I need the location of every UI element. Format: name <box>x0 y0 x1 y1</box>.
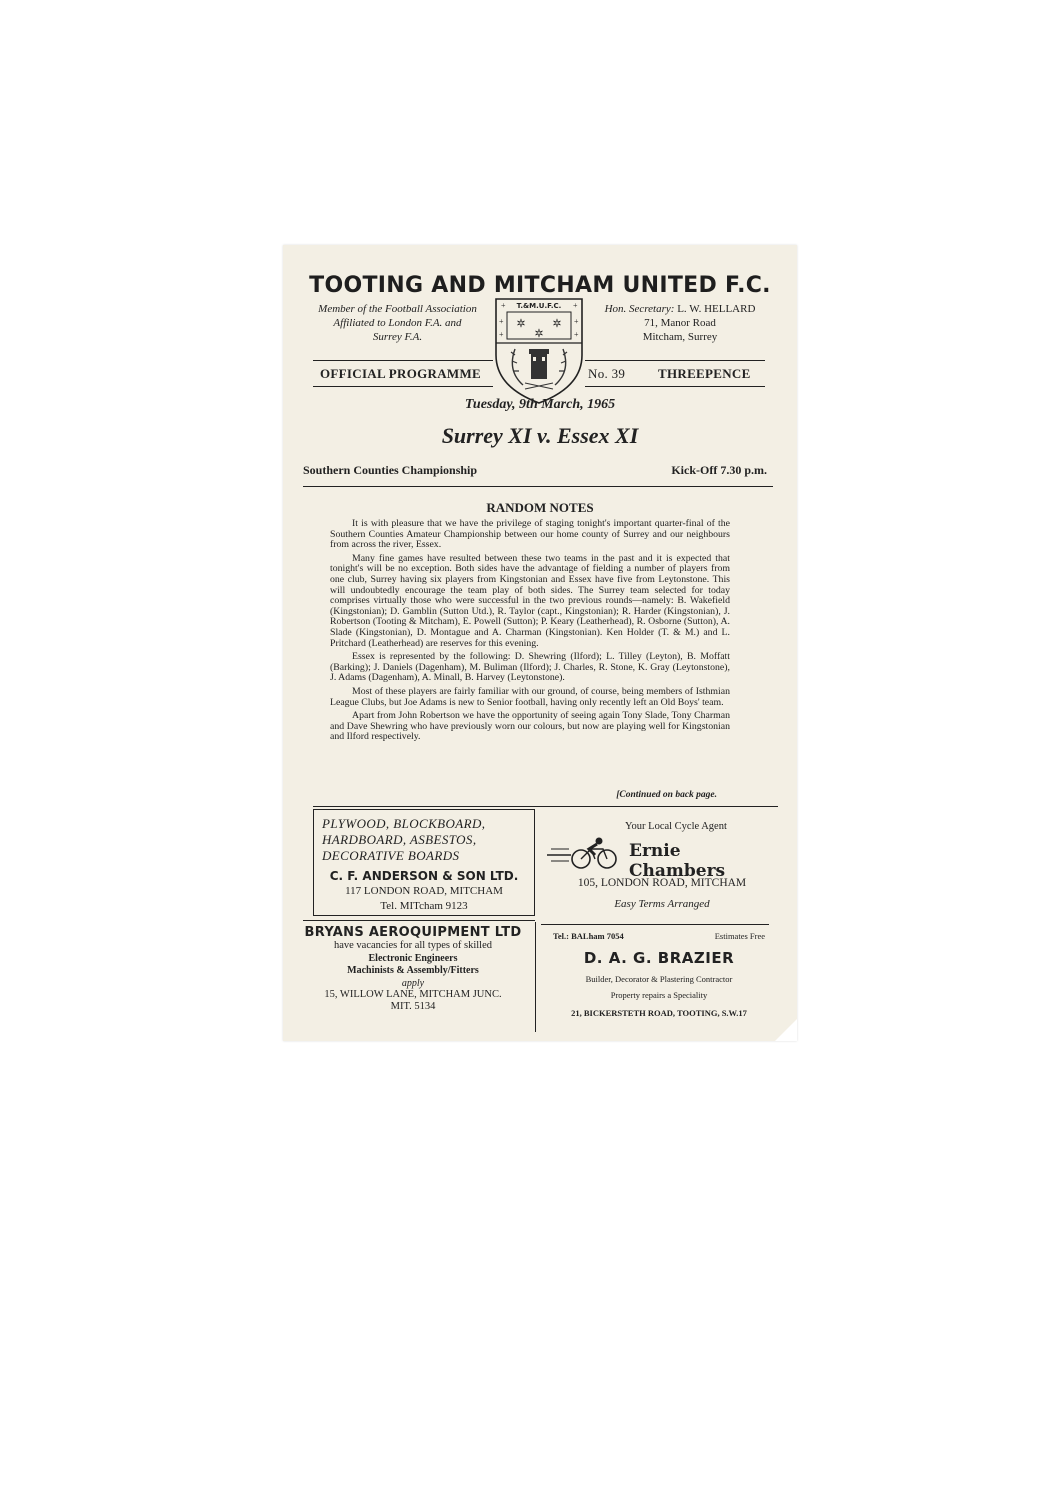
notes-body: It is with pleasure that we have the pri… <box>330 519 730 746</box>
divider <box>585 386 765 387</box>
secretary-address-line: Mitcham, Surrey <box>585 330 775 344</box>
ad-tel: MIT. 5134 <box>293 1001 533 1014</box>
svg-text:+: + <box>499 317 504 326</box>
ad-company: BRYANS AEROQUIPMENT LTD <box>293 925 533 940</box>
ad-line: apply <box>293 978 533 989</box>
club-crest-icon: T.&M.U.F.C. ++ ++ ++ ✶ ✶ ✶ <box>493 297 585 405</box>
ad-company: D. A. G. BRAZIER <box>541 949 777 967</box>
ad-tagline: Your Local Cycle Agent <box>625 821 727 832</box>
ad-bryans: BRYANS AEROQUIPMENT LTD have vacancies f… <box>293 925 533 1014</box>
ad-line: Machinists & Assembly/Fitters <box>293 965 533 978</box>
ad-line: have vacancies for all types of skilled <box>293 940 533 953</box>
competition: Southern Counties Championship <box>303 463 477 478</box>
svg-text:✶: ✶ <box>516 318 525 330</box>
notes-paragraph: Essex is represented by the following: D… <box>330 652 730 684</box>
svg-text:+: + <box>574 330 579 339</box>
divider <box>313 806 778 807</box>
divider <box>585 360 765 361</box>
svg-text:+: + <box>499 330 504 339</box>
svg-text:T.&M.U.F.C.: T.&M.U.F.C. <box>517 302 562 310</box>
affiliation-info: Member of the Football Association Affil… <box>305 302 490 344</box>
ad-tel: Tel. MITcham 9123 <box>314 900 534 913</box>
ad-address: 15, WILLOW LANE, MITCHAM JUNC. <box>293 989 533 1002</box>
affiliation-line: Affiliated to London F.A. and <box>305 316 490 330</box>
ad-address: 21, BICKERSTETH ROAD, TOOTING, S.W.17 <box>541 1008 777 1018</box>
ad-item: PLYWOOD, BLOCKBOARD, <box>322 816 534 832</box>
programme-page: TOOTING AND MITCHAM UNITED F.C. Member o… <box>283 245 797 1041</box>
svg-text:✶: ✶ <box>534 328 543 340</box>
affiliation-line: Surrey F.A. <box>305 330 490 344</box>
svg-text:+: + <box>501 301 506 310</box>
continued-note: [Continued on back page. <box>616 790 717 800</box>
issue-number: No. 39 <box>588 366 625 382</box>
cyclist-icon <box>545 837 623 871</box>
svg-text:+: + <box>573 301 578 310</box>
divider <box>313 386 493 387</box>
notes-paragraph: Most of these players are fairly familia… <box>330 687 730 708</box>
divider <box>535 922 536 1032</box>
ad-address: 105, LONDON ROAD, MITCHAM <box>545 877 779 889</box>
ad-tel: Tel.: BALham 7054 <box>553 931 624 941</box>
secretary-info: Hon. Secretary: L. W. HELLARD 71, Manor … <box>585 302 775 344</box>
svg-text:✶: ✶ <box>552 318 561 330</box>
secretary-label: Hon. Secretary: <box>605 303 675 315</box>
club-title: TOOTING AND MITCHAM UNITED F.C. <box>283 273 797 298</box>
ad-anderson: PLYWOOD, BLOCKBOARD, HARDBOARD, ASBESTOS… <box>313 809 535 916</box>
divider <box>303 486 773 487</box>
programme-label: OFFICIAL PROGRAMME <box>320 366 481 382</box>
notes-paragraph: Many fine games have resulted between th… <box>330 554 730 649</box>
notes-paragraph: Apart from John Robertson we have the op… <box>330 711 730 743</box>
ad-line: Property repairs a Speciality <box>541 990 777 1000</box>
ad-address: 117 LONDON ROAD, MITCHAM <box>314 885 534 898</box>
ad-terms: Easy Terms Arranged <box>545 898 779 910</box>
ad-company: Ernie Chambers <box>629 841 779 881</box>
notes-heading: RANDOM NOTES <box>283 500 797 516</box>
match-fixture: Surrey XI v. Essex XI <box>283 423 797 449</box>
notes-paragraph: It is with pleasure that we have the pri… <box>330 519 730 551</box>
svg-text:+: + <box>574 317 579 326</box>
price: THREEPENCE <box>658 366 751 382</box>
ad-line: Builder, Decorator & Plastering Contract… <box>541 974 777 984</box>
secretary-name: L. W. HELLARD <box>677 303 755 315</box>
divider <box>541 924 769 925</box>
ad-item: HARDBOARD, ASBESTOS, <box>322 832 534 848</box>
match-date: Tuesday, 9th March, 1965 <box>283 397 797 413</box>
ad-company: C. F. ANDERSON & SON LTD. <box>314 869 534 883</box>
ad-estimates: Estimates Free <box>715 931 765 941</box>
divider <box>313 360 493 361</box>
secretary-address-line: 71, Manor Road <box>585 316 775 330</box>
divider <box>303 920 535 921</box>
affiliation-line: Member of the Football Association <box>305 302 490 316</box>
kick-off: Kick-Off 7.30 p.m. <box>671 463 767 478</box>
ad-item: DECORATIVE BOARDS <box>322 848 534 864</box>
ad-line: Electronic Engineers <box>293 953 533 966</box>
ad-chambers: Your Local Cycle Agent Ernie Chambers 10… <box>545 809 779 914</box>
